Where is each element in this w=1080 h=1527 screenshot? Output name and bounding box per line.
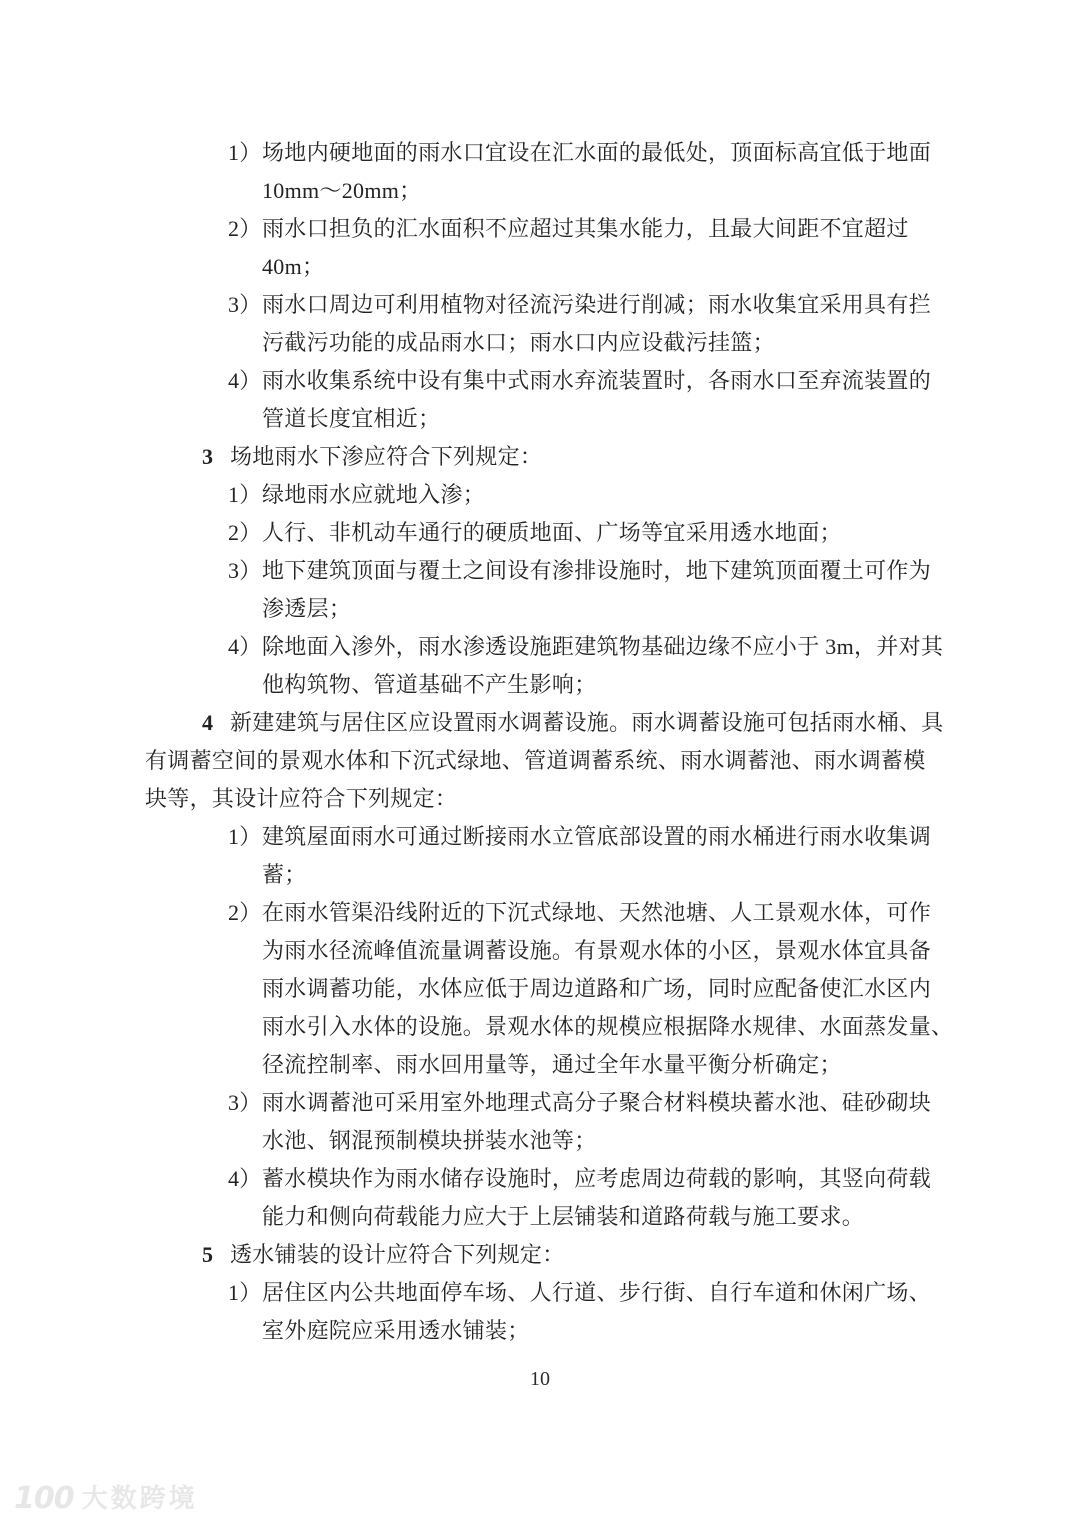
line-marker: 4: [202, 704, 230, 742]
line-text: 40m；: [262, 254, 324, 279]
line-text: 有调蓄空间的景观水体和下沉式绿地、管道调蓄系统、雨水调蓄池、雨水调蓄模: [145, 748, 926, 773]
document-line: 1）场地内硬地面的雨水口宜设在汇水面的最低处，顶面标高宜低于地面: [145, 134, 945, 172]
line-marker: 1）: [228, 818, 262, 856]
line-text: 场地雨水下渗应符合下列规定：: [230, 444, 542, 469]
document-line: 雨水引入水体的设施。景观水体的规模应根据降水规律、水面蒸发量、: [145, 1008, 945, 1046]
document-line: 10mm～20mm；: [145, 172, 945, 210]
line-marker: 3）: [228, 552, 262, 590]
line-text: 雨水口周边可利用植物对径流污染进行削减；雨水收集宜采用具有拦: [262, 292, 931, 317]
line-text: 管道长度宜相近；: [262, 406, 440, 431]
document-line: 3）雨水调蓄池可采用室外地理式高分子聚合材料模块蓄水池、硅砂砌块: [145, 1084, 945, 1122]
line-text: 新建建筑与居住区应设置雨水调蓄设施。雨水调蓄设施可包括雨水桶、具: [230, 710, 944, 735]
line-text: 除地面入渗外，雨水渗透设施距建筑物基础边缘不应小于 3m，并对其: [262, 634, 943, 659]
document-line: 为雨水径流峰值流量调蓄设施。有景观水体的小区，景观水体宜具备: [145, 932, 945, 970]
line-text: 人行、非机动车通行的硬质地面、广场等宜采用透水地面；: [262, 520, 842, 545]
line-text: 雨水调蓄功能，水体应低于周边道路和广场，同时应配备使汇水区内: [262, 976, 931, 1001]
document-line: 室外庭院应采用透水铺装；: [145, 1312, 945, 1350]
document-content: 1）场地内硬地面的雨水口宜设在汇水面的最低处，顶面标高宜低于地面10mm～20m…: [145, 134, 945, 1350]
document-line: 4）雨水收集系统中设有集中式雨水弃流装置时，各雨水口至弃流装置的: [145, 362, 945, 400]
watermark-logo-icon: 100: [14, 1482, 74, 1516]
document-line: 管道长度宜相近；: [145, 400, 945, 438]
document-line: 2）雨水口担负的汇水面积不应超过其集水能力，且最大间距不宜超过: [145, 210, 945, 248]
document-line: 4新建建筑与居住区应设置雨水调蓄设施。雨水调蓄设施可包括雨水桶、具: [145, 704, 945, 742]
line-marker: 4）: [228, 1160, 262, 1198]
line-marker: 5: [202, 1236, 230, 1274]
line-text: 为雨水径流峰值流量调蓄设施。有景观水体的小区，景观水体宜具备: [262, 938, 931, 963]
line-marker: 3）: [228, 1084, 262, 1122]
line-marker: 2）: [228, 894, 262, 932]
line-marker: 2）: [228, 514, 262, 552]
line-marker: 2）: [228, 210, 262, 248]
line-text: 污截污功能的成品雨水口；雨水口内应设截污挂篮；: [262, 330, 775, 355]
document-line: 雨水调蓄功能，水体应低于周边道路和广场，同时应配备使汇水区内: [145, 970, 945, 1008]
line-text: 蓄水模块作为雨水储存设施时，应考虑周边荷载的影响，其竖向荷载: [262, 1166, 931, 1191]
document-line: 蓄；: [145, 856, 945, 894]
line-text: 雨水收集系统中设有集中式雨水弃流装置时，各雨水口至弃流装置的: [262, 368, 931, 393]
document-line: 污截污功能的成品雨水口；雨水口内应设截污挂篮；: [145, 324, 945, 362]
document-line: 能力和侧向荷载能力应大于上层铺装和道路荷载与施工要求。: [145, 1198, 945, 1236]
line-text: 居住区内公共地面停车场、人行道、步行街、自行车道和休闲广场、: [262, 1280, 931, 1305]
document-line: 水池、钢混预制模块拼装水池等；: [145, 1122, 945, 1160]
line-text: 渗透层；: [262, 596, 351, 621]
line-text: 在雨水管渠沿线附近的下沉式绿地、天然池塘、人工景观水体，可作: [262, 900, 931, 925]
line-marker: 3）: [228, 286, 262, 324]
document-line: 3）雨水口周边可利用植物对径流污染进行削减；雨水收集宜采用具有拦: [145, 286, 945, 324]
document-line: 他构筑物、管道基础不产生影响；: [145, 666, 945, 704]
line-marker: 3: [202, 438, 230, 476]
line-marker: 4）: [228, 628, 262, 666]
document-line: 4）除地面入渗外，雨水渗透设施距建筑物基础边缘不应小于 3m，并对其: [145, 628, 945, 666]
line-text: 能力和侧向荷载能力应大于上层铺装和道路荷载与施工要求。: [262, 1204, 864, 1229]
line-text: 10mm～20mm；: [262, 178, 421, 203]
line-text: 绿地雨水应就地入渗；: [262, 482, 485, 507]
line-text: 雨水引入水体的设施。景观水体的规模应根据降水规律、水面蒸发量、: [262, 1014, 953, 1039]
line-text: 雨水调蓄池可采用室外地理式高分子聚合材料模块蓄水池、硅砂砌块: [262, 1090, 931, 1115]
line-text: 雨水口担负的汇水面积不应超过其集水能力，且最大间距不宜超过: [262, 216, 909, 241]
line-text: 他构筑物、管道基础不产生影响；: [262, 672, 597, 697]
watermark-text: 大数跨境: [82, 1482, 198, 1516]
line-text: 室外庭院应采用透水铺装；: [262, 1318, 530, 1343]
document-line: 3）地下建筑顶面与覆土之间设有渗排设施时，地下建筑顶面覆土可作为: [145, 552, 945, 590]
document-line: 有调蓄空间的景观水体和下沉式绿地、管道调蓄系统、雨水调蓄池、雨水调蓄模: [145, 742, 945, 780]
line-marker: 1）: [228, 1274, 262, 1312]
document-line: 径流控制率、雨水回用量等，通过全年水量平衡分析确定；: [145, 1046, 945, 1084]
document-line: 1）建筑屋面雨水可通过断接雨水立管底部设置的雨水桶进行雨水收集调: [145, 818, 945, 856]
line-text: 场地内硬地面的雨水口宜设在汇水面的最低处，顶面标高宜低于地面: [262, 140, 931, 165]
page-number: 10: [0, 1366, 1080, 1392]
line-text: 水池、钢混预制模块拼装水池等；: [262, 1128, 597, 1153]
line-marker: 1）: [228, 476, 262, 514]
document-line: 5透水铺装的设计应符合下列规定：: [145, 1236, 945, 1274]
document-line: 2）在雨水管渠沿线附近的下沉式绿地、天然池塘、人工景观水体，可作: [145, 894, 945, 932]
document-line: 3场地雨水下渗应符合下列规定：: [145, 438, 945, 476]
line-text: 地下建筑顶面与覆土之间设有渗排设施时，地下建筑顶面覆土可作为: [262, 558, 931, 583]
line-text: 透水铺装的设计应符合下列规定：: [230, 1242, 565, 1267]
document-line: 4）蓄水模块作为雨水储存设施时，应考虑周边荷载的影响，其竖向荷载: [145, 1160, 945, 1198]
line-text: 蓄；: [262, 862, 307, 887]
document-page: 1）场地内硬地面的雨水口宜设在汇水面的最低处，顶面标高宜低于地面10mm～20m…: [0, 0, 1080, 1527]
line-marker: 4）: [228, 362, 262, 400]
document-line: 2）人行、非机动车通行的硬质地面、广场等宜采用透水地面；: [145, 514, 945, 552]
document-line: 1）居住区内公共地面停车场、人行道、步行街、自行车道和休闲广场、: [145, 1274, 945, 1312]
document-line: 40m；: [145, 248, 945, 286]
document-line: 1）绿地雨水应就地入渗；: [145, 476, 945, 514]
line-marker: 1）: [228, 134, 262, 172]
line-text: 建筑屋面雨水可通过断接雨水立管底部设置的雨水桶进行雨水收集调: [262, 824, 931, 849]
watermark: 100 大数跨境: [14, 1482, 198, 1516]
document-line: 块等，其设计应符合下列规定：: [145, 780, 945, 818]
document-lines: 1）场地内硬地面的雨水口宜设在汇水面的最低处，顶面标高宜低于地面10mm～20m…: [145, 134, 945, 1350]
line-text: 径流控制率、雨水回用量等，通过全年水量平衡分析确定；: [262, 1052, 842, 1077]
line-text: 块等，其设计应符合下列规定：: [145, 786, 457, 811]
document-line: 渗透层；: [145, 590, 945, 628]
